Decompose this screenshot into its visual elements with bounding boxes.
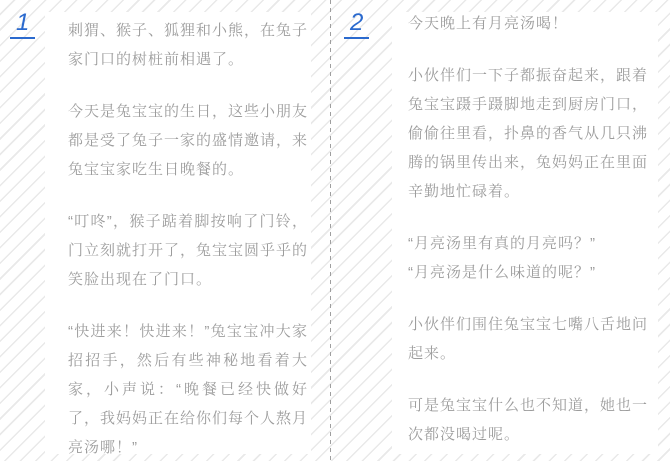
story-paragraph: 小伙伴们围住兔宝宝七嘴八舌地问起来。 <box>408 310 648 368</box>
page-number-2: 2 <box>344 10 369 39</box>
story-paragraph: 今天晚上有月亮汤喝！ <box>408 9 648 38</box>
page-number-1: 1 <box>10 10 35 39</box>
page-1-text: 刺猬、猴子、狐狸和小熊，在兔子家门口的树桩前相遇了。 今天是兔宝宝的生日，这些小… <box>68 16 308 461</box>
story-paragraph: 可是兔宝宝什么也不知道，她也一次都没喝过呢。 <box>408 391 648 449</box>
story-paragraph: “叮咚”，猴子踮着脚按响了门铃，门立刻就打开了，兔宝宝圆乎乎的笑脸出现在了门口。 <box>68 207 308 294</box>
page-2-text: 今天晚上有月亮汤喝！ 小伙伴们一下子都振奋起来，跟着兔宝宝蹑手蹑脚地走到厨房门口… <box>408 9 648 449</box>
story-paragraph: 刺猬、猴子、狐狸和小熊，在兔子家门口的树桩前相遇了。 <box>68 16 308 74</box>
story-paragraph: “快进来！快进来！”兔宝宝冲大家招招手，然后有些神秘地看着大家，小声说：“晚餐已… <box>68 317 308 461</box>
storybook-spread: 1 刺猬、猴子、狐狸和小熊，在兔子家门口的树桩前相遇了。 今天是兔宝宝的生日，这… <box>0 0 670 461</box>
story-paragraph: 今天是兔宝宝的生日，这些小朋友都是受了兔子一家的盛情邀请，来兔宝宝家吃生日晚餐的… <box>68 97 308 184</box>
story-paragraph-dialogue: “月亮汤里有真的月亮吗？” “月亮汤是什么味道的呢？” <box>408 229 648 287</box>
page-divider <box>330 0 331 461</box>
story-paragraph: 小伙伴们一下子都振奋起来，跟着兔宝宝蹑手蹑脚地走到厨房门口，偷偷往里看，扑鼻的香… <box>408 61 648 206</box>
